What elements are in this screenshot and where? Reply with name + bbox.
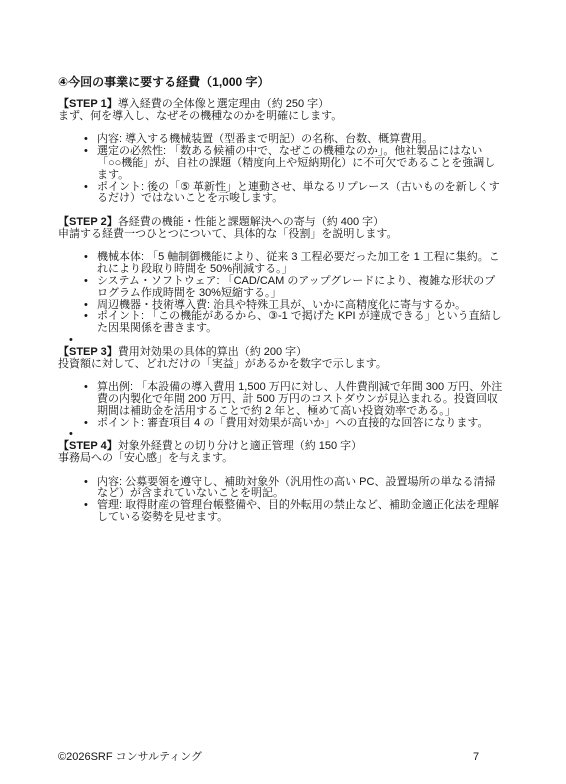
footer-copyright: ©2026SRF コンサルティング [58, 751, 202, 763]
step-2-heading-text: 各経費の機能・性能と課題解決への寄与（約 400 字） [118, 216, 384, 228]
step-4-bullet-list: 内容: 公募要領を遵守し、補助対象外（汎用性の高い PC、設置場所の単なる清掃な… [58, 477, 506, 524]
section-step-3: 【STEP 3】費用対効果の具体的算出（約 200 字） 投資額に対して、どれだ… [58, 347, 506, 441]
step-1-bullet-list: 内容: 導入する機械装置（型番まで明記）の名称、台数、概算費用。 選定の必然性:… [58, 134, 506, 205]
bullet-item: 内容: 公募要領を遵守し、補助対象外（汎用性の高い PC、設置場所の単なる清掃な… [58, 477, 506, 501]
document-body: ④今回の事業に要する経費（1,000 字） 【STEP 1】導入経費の全体像と選… [0, 0, 566, 524]
section-step-2: 【STEP 2】各経費の機能・性能と課題解決への寄与（約 400 字） 申請する… [58, 217, 506, 347]
step-4-heading-text: 対象外経費との切り分けと適正管理（約 150 字） [118, 440, 362, 452]
section-step-4: 【STEP 4】対象外経費との切り分けと適正管理（約 150 字） 事務局への「… [58, 441, 506, 524]
step-1-label: 【STEP 1】 [58, 98, 118, 110]
step-2-label: 【STEP 2】 [58, 216, 118, 228]
step-3-bullet-list: 算出例: 「本設備の導入費用 1,500 万円に対し、人件費削減で年間 300 … [58, 382, 506, 441]
document-page: ④今回の事業に要する経費（1,000 字） 【STEP 1】導入経費の全体像と選… [0, 0, 566, 784]
page-title: ④今回の事業に要する経費（1,000 字） [58, 75, 506, 89]
step-3-label: 【STEP 3】 [58, 346, 118, 358]
step-3-lead: 投資額に対して、どれだけの「実益」があるかを数字で示します。 [58, 359, 506, 371]
bullet-item: 機械本体: 「5 軸制御機能により、従来 3 工程必要だった加工を 1 工程に集… [58, 252, 506, 276]
bullet-item: 選定の必然性: 「数ある候補の中で、なぜこの機種なのか」。他社製品にはない「○○… [58, 146, 506, 181]
bullet-item: ポイント: 審査項目 4 の「費用対効果が高いか」への直接的な回答になります。 [58, 418, 506, 430]
bullet-item: 管理: 取得財産の管理台帳整備や、目的外転用の禁止など、補助金適正化法を理解して… [58, 500, 506, 524]
step-1-lead: まず、何を導入し、なぜその機種なのかを明確にします。 [58, 111, 506, 123]
bullet-item-empty [58, 429, 506, 441]
step-1-heading-text: 導入経費の全体像と選定理由（約 250 字） [118, 98, 329, 110]
step-3-heading-text: 費用対効果の具体的算出（約 200 字） [118, 346, 307, 358]
page-number: 7 [473, 752, 479, 764]
step-2-heading: 【STEP 2】各経費の機能・性能と課題解決への寄与（約 400 字） [58, 217, 506, 229]
step-4-lead: 事務局への「安心感」を与えます。 [58, 453, 506, 465]
bullet-item: ポイント: 後の「⑤ 革新性」と連動させ、単なるリプレース（古いものを新しくする… [58, 182, 506, 206]
section-step-1: 【STEP 1】導入経費の全体像と選定理由（約 250 字） まず、何を導入し、… [58, 99, 506, 205]
bullet-item-empty [58, 335, 506, 347]
page-footer: ©2026SRF コンサルティング 7 [58, 752, 508, 766]
bullet-item: システム・ソフトウェア: 「CAD/CAM のアップグレードにより、複雑な形状の… [58, 276, 506, 300]
step-2-bullet-list: 機械本体: 「5 軸制御機能により、従来 3 工程必要だった加工を 1 工程に集… [58, 252, 506, 346]
step-4-label: 【STEP 4】 [58, 440, 118, 452]
step-2-lead: 申請する経費一つひとつについて、具体的な「役割」を説明します。 [58, 229, 506, 241]
step-3-heading: 【STEP 3】費用対効果の具体的算出（約 200 字） [58, 347, 506, 359]
bullet-item: 算出例: 「本設備の導入費用 1,500 万円に対し、人件費削減で年間 300 … [58, 382, 506, 417]
bullet-item: ポイント: 「この機能があるから、③-1 で掲げた KPI が達成できる」という… [58, 311, 506, 335]
